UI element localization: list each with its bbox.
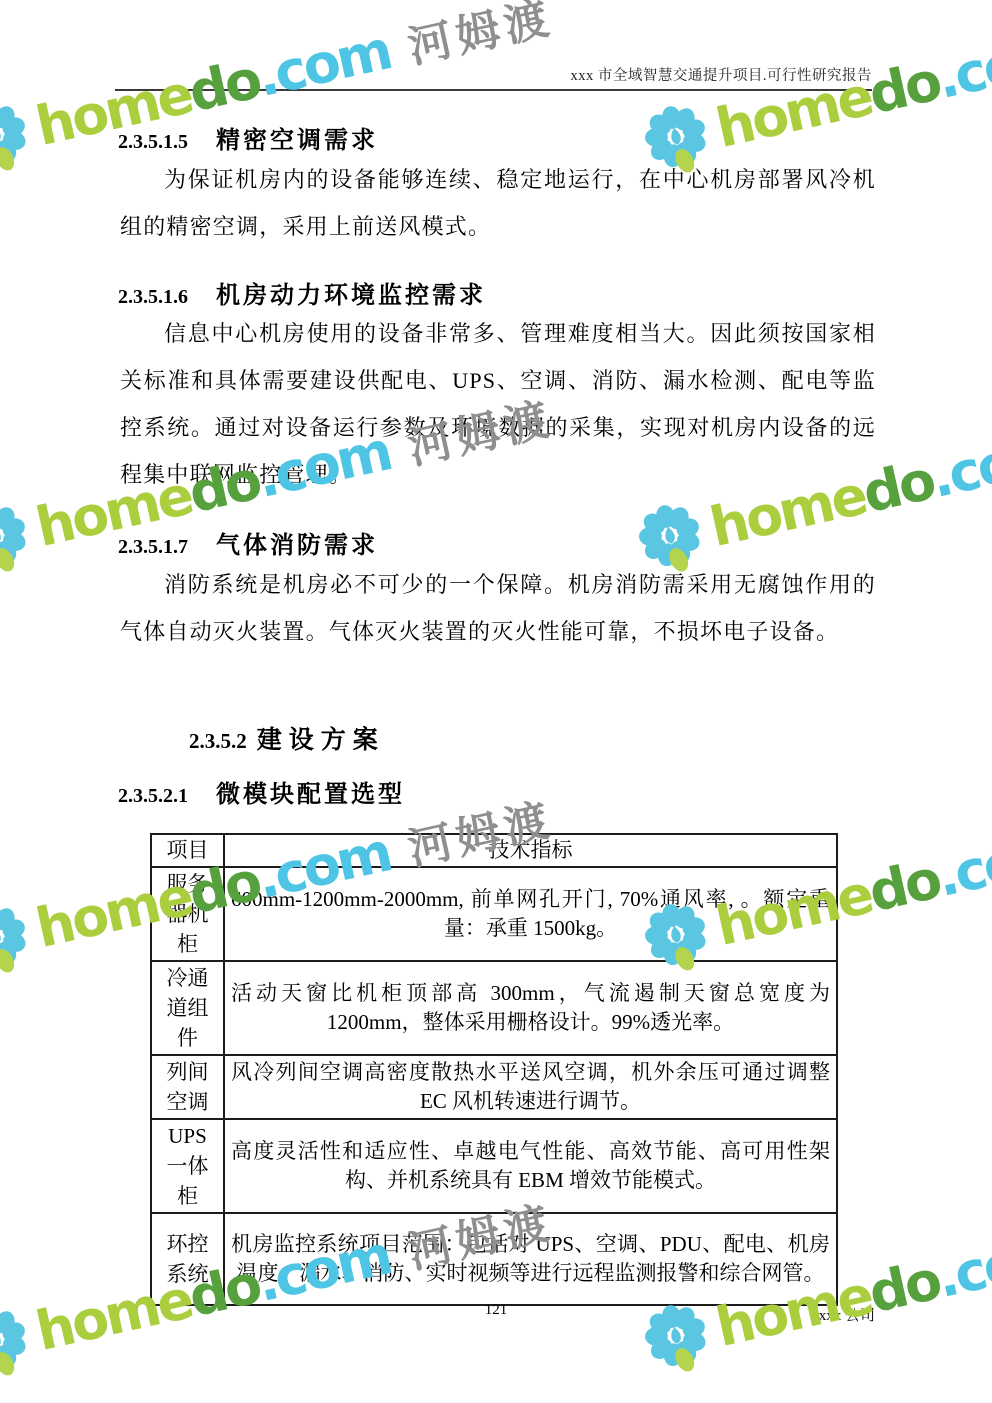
heading-title: 建设方案 bbox=[257, 726, 385, 754]
heading-number: 2.3.5.1.6 bbox=[118, 286, 188, 308]
row-label: UPS 一体柜 bbox=[151, 1119, 224, 1213]
heading-micromodule-selection: 2.3.5.2.1微模块配置选型 bbox=[118, 774, 405, 809]
heading-title: 机房动力环境监控需求 bbox=[216, 282, 486, 309]
footer-company: xxx 公司 bbox=[819, 1304, 875, 1325]
heading-title: 精密空调需求 bbox=[216, 127, 378, 154]
table-row: 环控系统 机房监控系统项目范围：包括对 UPS、空调、PDU、配电、机房温度、漏… bbox=[151, 1213, 837, 1305]
table-row: 列间空调 风冷列间空调高密度散热水平送风空调，机外余压可通过调整 EC 风机转速… bbox=[151, 1055, 837, 1119]
column-header-item: 项目 bbox=[151, 834, 224, 867]
row-spec: 风冷列间空调高密度散热水平送风空调，机外余压可通过调整 EC 风机转速进行调节。 bbox=[224, 1055, 837, 1119]
heading-number: 2.3.5.2.1 bbox=[118, 785, 188, 807]
heading-construction-plan: 2.3.5.2建设方案 bbox=[189, 720, 385, 756]
tech-spec-table: 项目 技术指标 服务器机柜 600mm-1200mm-2000mm, 前单网孔开… bbox=[150, 833, 838, 1306]
heading-number: 2.3.5.1.7 bbox=[118, 536, 188, 558]
page-header-title: xxx 市全域智慧交通提升项目.可行性研究报告 bbox=[571, 64, 873, 85]
document-page: xxx 市全域智慧交通提升项目.可行性研究报告 2.3.5.1.5精密空调需求 … bbox=[0, 0, 992, 1403]
row-spec: 活动天窗比机柜顶部高 300mm，气流遏制天窗总宽度为 1200mm，整体采用栅… bbox=[224, 961, 837, 1055]
heading-power-env-monitoring: 2.3.5.1.6机房动力环境监控需求 bbox=[118, 275, 486, 310]
row-label: 环控系统 bbox=[151, 1213, 224, 1305]
row-label: 服务器机柜 bbox=[151, 867, 224, 961]
row-label: 列间空调 bbox=[151, 1055, 224, 1119]
page-content: xxx 市全域智慧交通提升项目.可行性研究报告 2.3.5.1.5精密空调需求 … bbox=[0, 0, 992, 1403]
row-label: 冷通道组件 bbox=[151, 961, 224, 1055]
table-row: UPS 一体柜 高度灵活性和适应性、卓越电气性能、高效节能、高可用性架构、并机系… bbox=[151, 1119, 837, 1213]
paragraph-gas-fire-protection: 消防系统是机房必不可少的一个保障。机房消防需采用无腐蚀作用的气体自动灭火装置。气… bbox=[120, 561, 876, 655]
table-row: 冷通道组件 活动天窗比机柜顶部高 300mm，气流遏制天窗总宽度为 1200mm… bbox=[151, 961, 837, 1055]
row-spec: 600mm-1200mm-2000mm, 前单网孔开门, 70%通风率, 。额定… bbox=[224, 867, 837, 961]
heading-title: 微模块配置选型 bbox=[216, 781, 405, 808]
table-header-row: 项目 技术指标 bbox=[151, 834, 837, 867]
paragraph-precision-ac: 为保证机房内的设备能够连续、稳定地运行，在中心机房部署风冷机组的精密空调，采用上… bbox=[120, 156, 876, 250]
row-spec: 高度灵活性和适应性、卓越电气性能、高效节能、高可用性架构、并机系统具有 EBM … bbox=[224, 1119, 837, 1213]
heading-number: 2.3.5.1.5 bbox=[118, 131, 188, 153]
heading-title: 气体消防需求 bbox=[216, 532, 378, 559]
column-header-spec: 技术指标 bbox=[224, 834, 837, 867]
heading-gas-fire-protection: 2.3.5.1.7气体消防需求 bbox=[118, 525, 378, 560]
table-row: 服务器机柜 600mm-1200mm-2000mm, 前单网孔开门, 70%通风… bbox=[151, 867, 837, 961]
paragraph-power-env-monitoring: 信息中心机房使用的设备非常多、管理难度相当大。因此须按国家相关标准和具体需要建设… bbox=[120, 310, 876, 498]
heading-precision-ac: 2.3.5.1.5精密空调需求 bbox=[118, 120, 378, 155]
row-spec: 机房监控系统项目范围：包括对 UPS、空调、PDU、配电、机房温度、漏水、消防、… bbox=[224, 1213, 837, 1305]
heading-number: 2.3.5.2 bbox=[189, 729, 247, 753]
header-divider bbox=[115, 89, 872, 91]
